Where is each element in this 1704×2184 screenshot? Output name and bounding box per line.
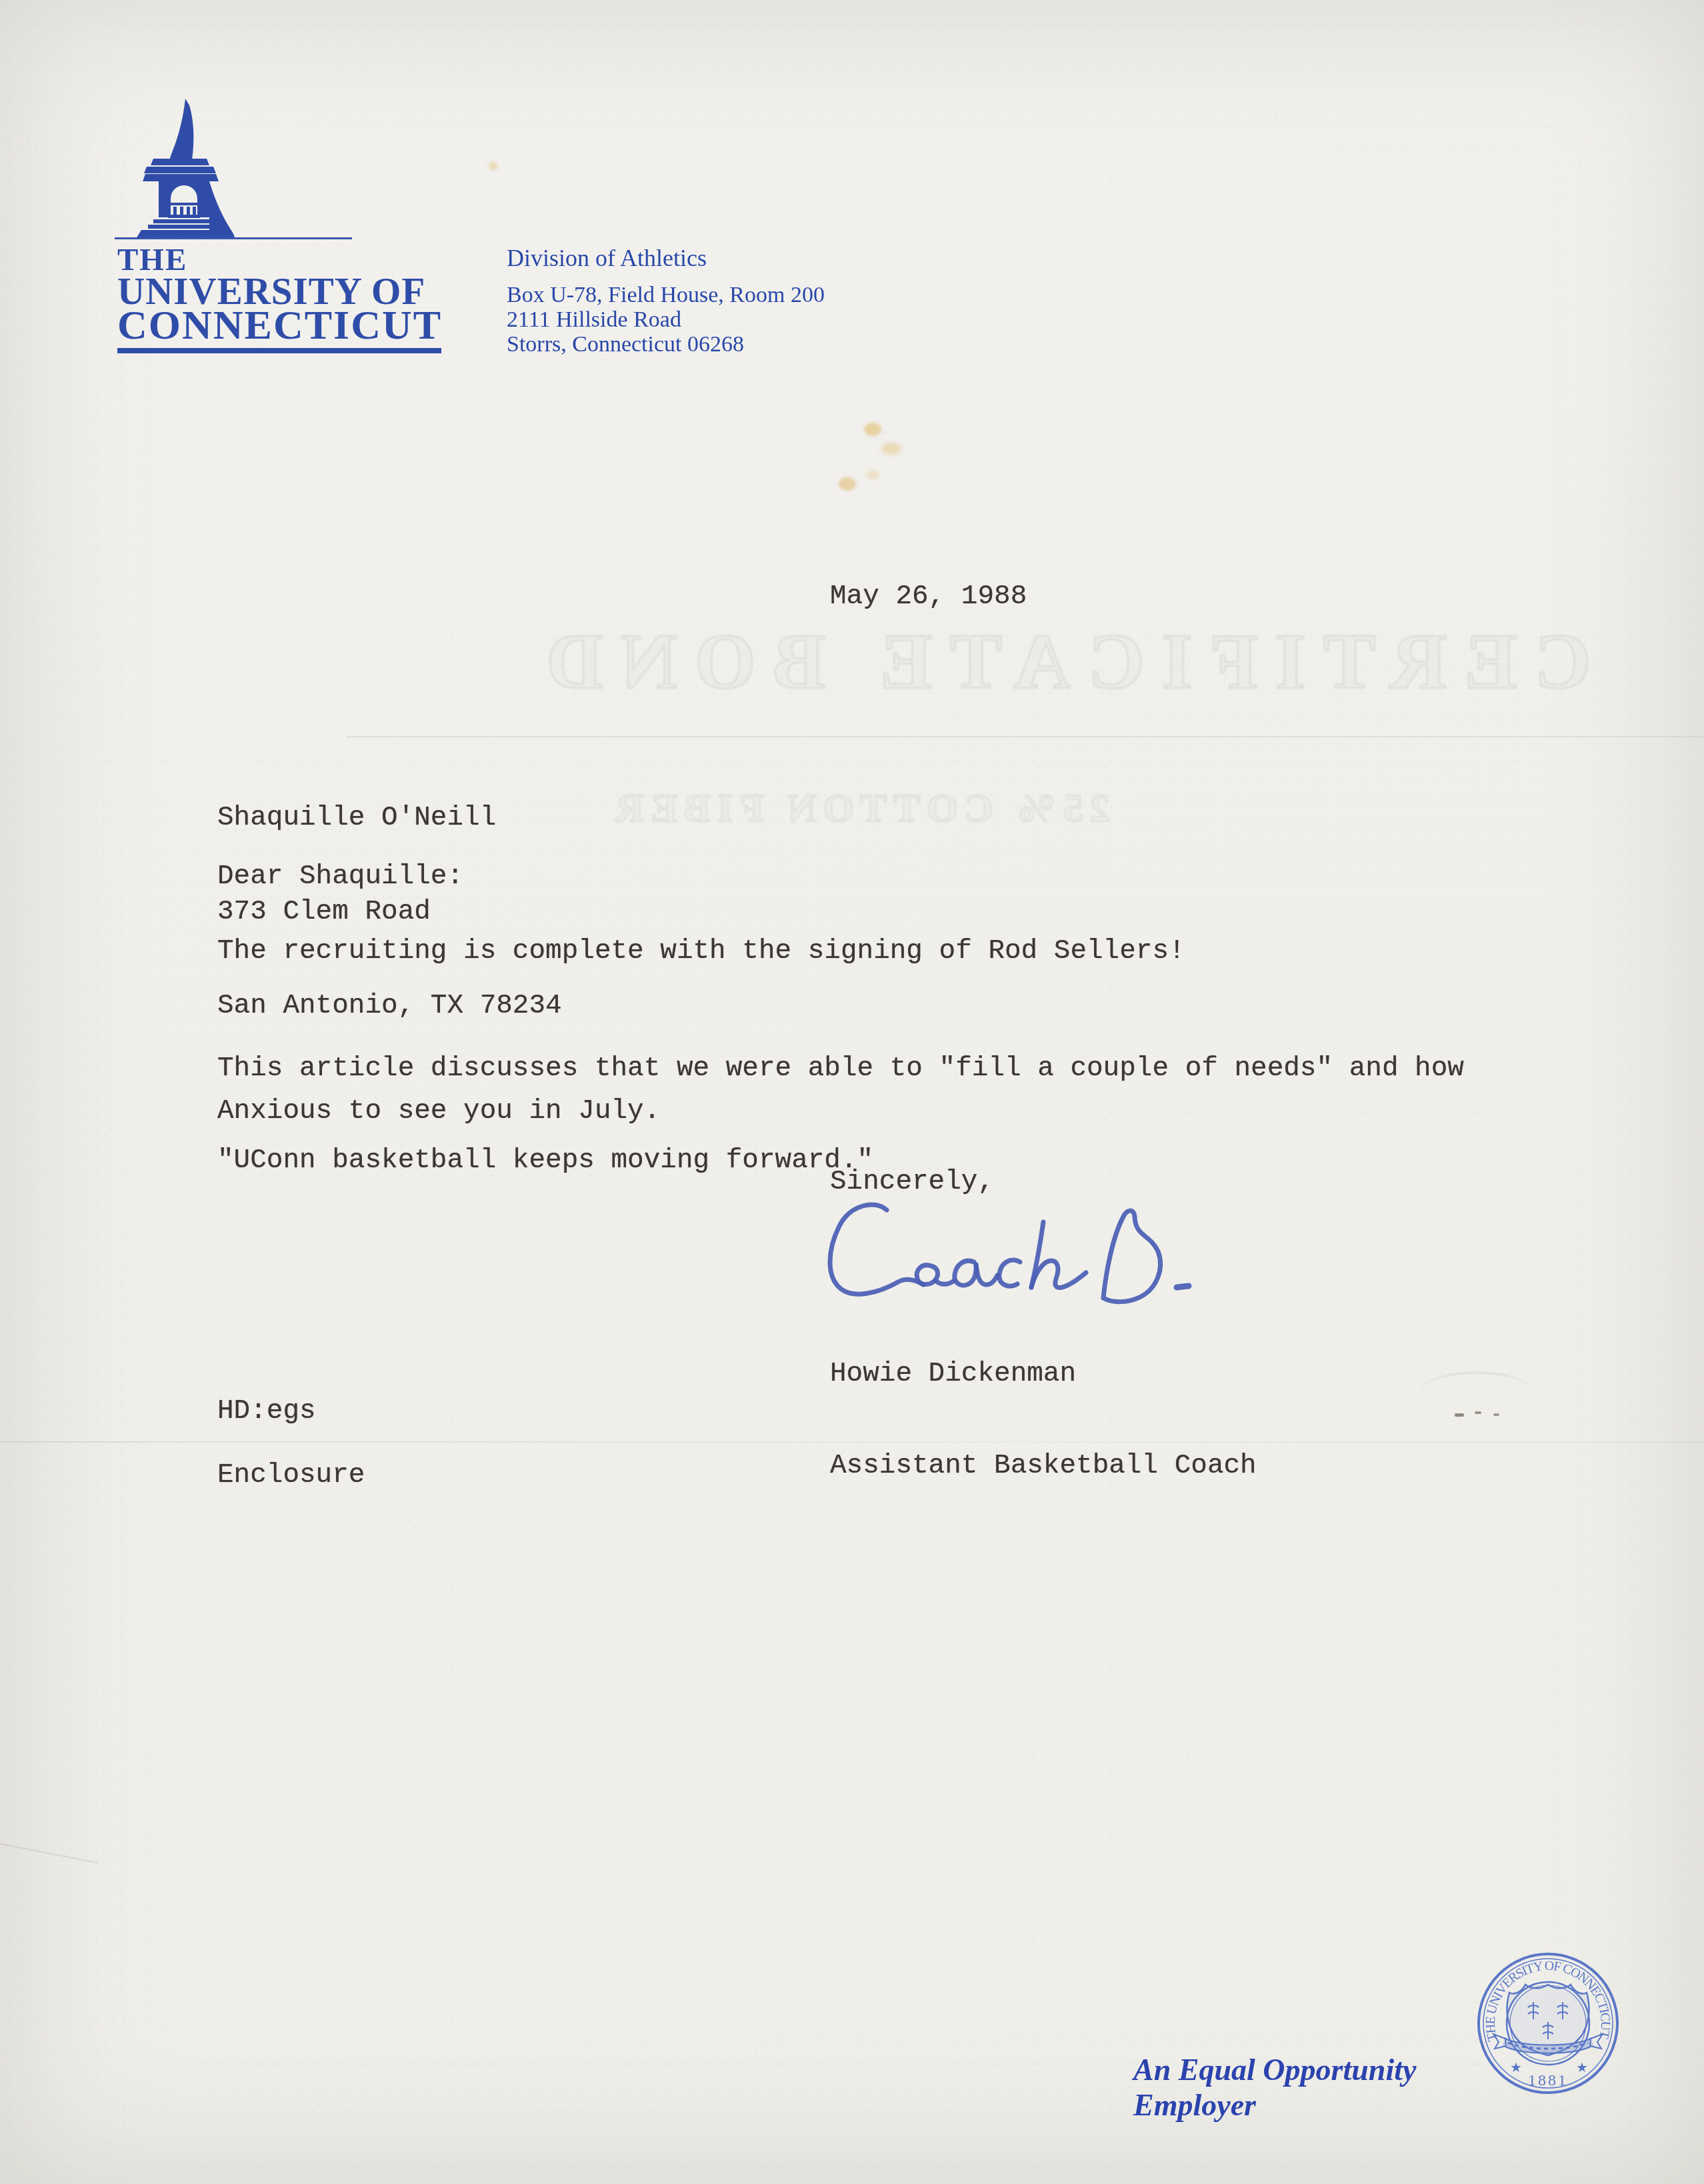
body-paragraph-2-line-1: This article discusses that we were able… xyxy=(217,1053,1464,1084)
smudge-speck xyxy=(1475,1411,1481,1414)
paper-stain xyxy=(489,162,498,170)
department-name: Division of Athletics xyxy=(507,244,707,272)
paper-stain xyxy=(867,471,879,479)
enclosure-note: Enclosure xyxy=(217,1460,365,1491)
showthrough-edge xyxy=(347,736,1704,737)
recipient-name: Shaquille O'Neill xyxy=(217,803,562,834)
body-paragraph-1: The recruiting is complete with the sign… xyxy=(217,936,1185,967)
address-line: Box U-78, Field House, Room 200 xyxy=(507,283,825,307)
paper-crease xyxy=(0,1842,98,1863)
seal-star-left: ★ xyxy=(1510,2061,1522,2075)
svg-text:1881: 1881 xyxy=(1528,2072,1568,2089)
body-paragraph-3: Anxious to see you in July. xyxy=(217,1096,660,1127)
smudge-speck xyxy=(1455,1413,1464,1417)
address-line: 2111 Hillside Road xyxy=(507,307,825,332)
uconn-cupola-logo-icon xyxy=(115,97,248,239)
address-line: Storrs, Connecticut 06268 xyxy=(507,332,825,357)
seal-star-right: ★ xyxy=(1576,2061,1588,2075)
closing: Sincerely, xyxy=(830,1167,994,1197)
sender-name: Howie Dickenman xyxy=(830,1359,1257,1389)
bond-paper-watermark-line1: CERTIFICATE BOND xyxy=(460,617,1660,707)
salutation: Dear Shaquille: xyxy=(217,861,463,892)
paper-stain xyxy=(839,477,856,491)
letter-date: May 26, 1988 xyxy=(830,581,1027,612)
bond-paper-watermark-line2: 25% COTTON FIBER xyxy=(723,785,1110,831)
scanned-letter-page: CERTIFICATE BOND 25% COTTON FIBER THE UN… xyxy=(0,0,1704,2184)
paper-stain xyxy=(864,423,881,436)
recipient-street: 373 Clem Road xyxy=(217,897,562,928)
uconn-seal-icon: THE UNIVERSITY OF CONNECTICUT ★ ★ 1881 xyxy=(1475,1950,1621,2097)
handwritten-signature-coach-d: Coach D. xyxy=(823,1197,1197,1310)
reference-initials: HD:egs xyxy=(217,1396,316,1427)
letterhead-connecticut: CONNECTICUT xyxy=(117,307,442,344)
paper-stain xyxy=(881,443,901,455)
smudge-speck xyxy=(1493,1413,1499,1416)
letterhead-rule-thin xyxy=(115,237,352,239)
sender-title: Assistant Basketball Coach xyxy=(830,1451,1257,1481)
sender-block: Howie Dickenman Assistant Basketball Coa… xyxy=(830,1297,1257,1543)
letterhead-rule-thick xyxy=(117,348,441,353)
equal-opportunity-employer-text: An Equal Opportunity Employer xyxy=(1133,2052,1480,2123)
smudge-mark xyxy=(1420,1372,1533,1413)
department-address: Box U-78, Field House, Room 200 2111 Hil… xyxy=(507,283,825,357)
